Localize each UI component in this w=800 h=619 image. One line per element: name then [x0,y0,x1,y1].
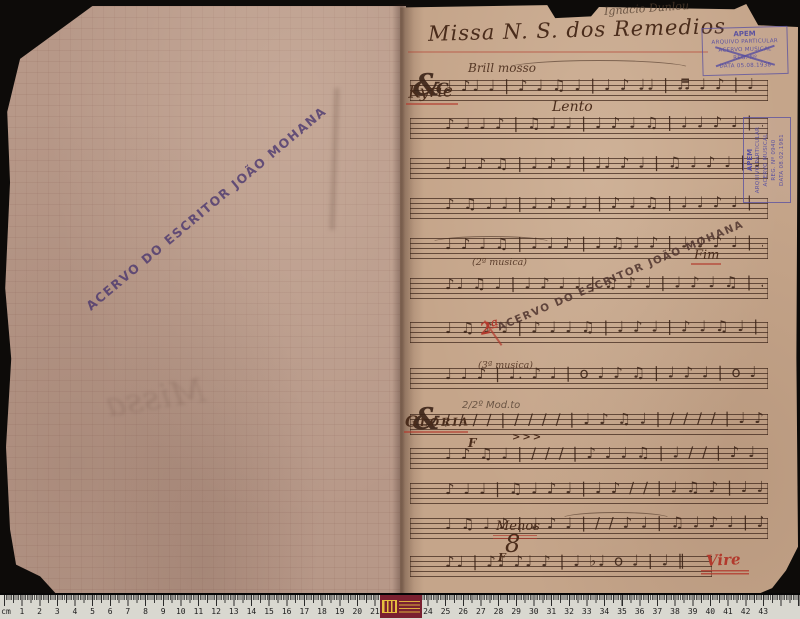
staff-system-4: ♪ ♫ ♩ ♩ | ♩ ♪ ♩ ♩ | ♪ ♩ ♫ | ♩ ♩ ♪ ♩ | ♫ … [410,198,768,219]
ruler-number: 6 [104,607,116,616]
ruler-number: 7 [122,607,134,616]
ruler-unit-label: cm [0,607,12,616]
ruler-number: 25 [440,607,452,616]
vire-double-red-underline [701,570,749,575]
slur-arc [560,512,672,526]
ruler-number: 24 [422,607,434,616]
apem-logo [380,595,422,618]
stamp-line: DATA 08.02.1981 [778,118,786,202]
archive-stamp-top: APEM ARQUIVO PARTICULAR ACERVO MUSICAL R… [701,26,788,76]
ruler-number: 20 [351,607,363,616]
ruler-number: 33 [581,607,593,616]
manuscript-scan: Missa ACERVO DO ESCRITOR JOÃO MOHANA &C♩… [0,0,800,619]
ruler-number: 29 [510,607,522,616]
staff-system-13: ♪♩ | ♪♩ ♪♩ ♪ | ♩ ♭♩ o ♩ | ♩ ‖ [410,556,712,577]
ruler-number: 4 [69,607,81,616]
ruler-number: 35 [616,607,628,616]
staff-system-2: ♪ ♩ ♩ ♪ | ♫ ♩ ♩ | ♩ ♪ ♩ ♫ | ♩ ♩ ♪ ♩ | ♪♩… [410,118,768,139]
staff-system-11: ♪ ♩ ♩ | ♫ ♩ ♪ ♩ | ♩ ♪ ∕ ∕ | ♩ ♫ ♪ | ♩ ♩ … [410,483,768,504]
title-red-line [408,51,708,53]
ruler-number: 36 [634,607,646,616]
building-icon [382,600,397,613]
ruler-number: 13 [228,607,240,616]
ruler-number: 18 [316,607,328,616]
staff-system-3: ♩ ♩ ♪ ♫ | ♩ ♪ ♩ | ♩♩ ♪ ♩ | ♫ ♩ ♪ ♩ | ♩ ♪… [410,158,768,179]
ruler-number: 27 [475,607,487,616]
ruler-number: 2 [34,607,46,616]
stamp-line: ACERVO MUSICAL [762,118,770,202]
ruler-number: 9 [157,607,169,616]
ruler-number: 8 [140,607,152,616]
ruler-number: 19 [334,607,346,616]
ruler-number: 1 [16,607,28,616]
tempo-marking-2: Lento [552,99,593,115]
ruler-number: 11 [192,607,204,616]
ruler-number: 16 [281,607,293,616]
figure-eight-marking: 8 [505,530,520,558]
fim-marking: Fim [694,248,720,263]
section-label-gloria: Gloria [405,411,470,430]
staves-layer: &C♩ ♪♩ ♩ | ♪ ♩ ♫ ♩ | ♩ ♪ ♩♩ | ♬ ♩ ♪ | ♩ … [0,0,800,619]
ruler-number: 34 [598,607,610,616]
section-label-kyrie: Kyrie [408,81,454,103]
stamp-line: APEM [746,118,754,202]
ruler-number: 3 [51,607,63,616]
ruler-number: 28 [493,607,505,616]
staff-system-1: &C♩ ♪♩ ♩ | ♪ ♩ ♫ ♩ | ♩ ♪ ♩♩ | ♬ ♩ ♪ | ♩ … [410,80,768,101]
stamp-line: REG. Nº 0940 [770,118,778,202]
stamp-line: ARQUIVO PARTICULAR [754,118,762,202]
logo-text-bars [399,601,420,613]
ruler-number: 5 [87,607,99,616]
tempo-marking-3: 2/2º Mod.to [462,400,520,411]
fim-red-underline [691,263,721,265]
ruler-number: 14 [245,607,257,616]
ruler-number: 32 [563,607,575,616]
ruler-number: 26 [457,607,469,616]
kyrie-red-underline [406,103,458,105]
ruler-number: 10 [175,607,187,616]
vire-turn-page-marking: Vire [706,550,741,570]
slur-arc [505,60,692,78]
ruler-number: 17 [298,607,310,616]
ruler-number: 41 [722,607,734,616]
handwritten-notes: ♩ ♩ ♪ ♫ | ♩ ♪ ♩ | ♩♩ ♪ ♩ | ♫ ♩ ♪ ♩ | ♩ ♪… [445,150,763,178]
archive-stamp-box: APEM ARQUIVO PARTICULAR ACERVO MUSICAL R… [701,26,788,76]
ruler-number: 30 [528,607,540,616]
ruler-number: 31 [545,607,557,616]
handwritten-notes: ♪♩ | ♪♩ ♪♩ ♪ | ♩ ♭♩ o ♩ | ♩ ‖ [445,548,707,576]
dynamic-forte-1: F [468,436,477,450]
ruler-number: 43 [757,607,769,616]
staff-system-10: ♩ ♪ ♫ ♩ | ∕ ∕ ∕ | ♪ ♩ ♩ ♫ | ♩ ∕ ∕ | ♪ ♩ … [410,448,768,469]
archive-stamp-box: APEM ARQUIVO PARTICULAR ACERVO MUSICAL R… [743,117,791,203]
ruler-number: 40 [704,607,716,616]
ruler-number: 12 [210,607,222,616]
ruler-number: 38 [669,607,681,616]
staff-system-7: ♩ ♫ ♪ ♩ | ♪ ♩ ♩ ♫ | ♩ ♪ ♩ | ♪ ♩ ♫ ♩ | ♩ … [410,322,768,343]
slur-arc [430,236,552,250]
ruler-number: 37 [651,607,663,616]
ruler-number: 39 [687,607,699,616]
handwritten-notes: ♪ ♩ ♩ ♪ | ♫ ♩ ♩ | ♩ ♪ ♩ ♫ | ♩ ♩ ♪ ♩ | ♪♩… [445,110,763,138]
handwritten-notes: ♩ ♪ ♫ ♩ | ∕ ∕ ∕ | ♪ ♩ ♩ ♫ | ♩ ∕ ∕ | ♪ ♩ … [445,440,763,468]
handwritten-notes: ♪ ♩ ♩ | ♫ ♩ ♪ ♩ | ♩ ♪ ∕ ∕ | ♩ ♫ ♪ | ♩ ♩ … [445,475,763,503]
handwritten-notes: ♪ ♫ ♩ ♩ | ♩ ♪ ♩ ♩ | ♪ ♩ ♫ | ♩ ♩ ♪ ♩ | ♫ … [445,190,763,218]
archive-stamp-side: APEM ARQUIVO PARTICULAR ACERVO MUSICAL R… [742,116,792,204]
dynamic-forte-2: F [498,551,506,564]
accent-marks: >>> [512,432,543,443]
gloria-red-underline [404,431,468,433]
cue-third-piece: (3ª musica) [478,360,533,371]
ruler-number: 15 [263,607,275,616]
cue-second-piece: (2ª musica) [472,257,527,268]
ruler-number: 42 [740,607,752,616]
staff-system-8: ♩ ♩ ♪ | ♩. ♪ ♩ | o ♩ ♪ ♫ | ♩ ♪ ♩ | o ♩ ♪ [410,368,768,389]
